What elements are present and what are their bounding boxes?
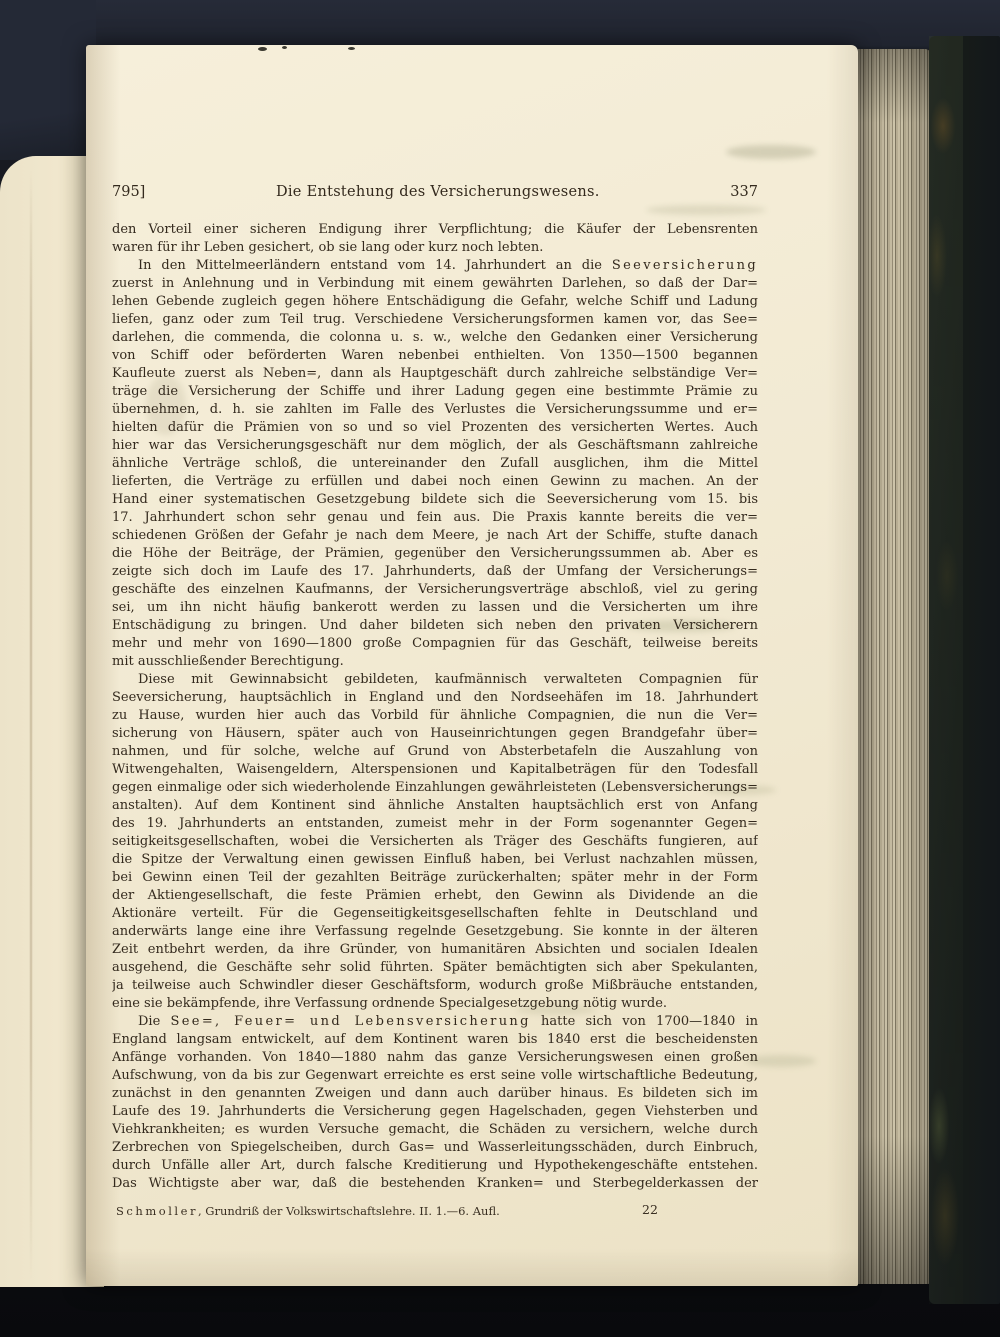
text-block: den Vorteil einer sicheren Endigung ihre… <box>112 221 758 1193</box>
text-line: träge die Versicherung der Schiffe und i… <box>112 383 758 401</box>
text-line: die Höhe der Beiträge, der Prämien, gege… <box>112 545 758 563</box>
paragraph: Die See=, Feuer= und Lebensversicherung … <box>112 1013 758 1193</box>
footer-author: Schmoller <box>116 1204 198 1218</box>
text-line: hier war das Versicherungsgeschäft nur d… <box>112 437 758 455</box>
bleedthrough-mark <box>726 145 816 159</box>
text-line: der Aktiengesellschaft, die feste Prämie… <box>112 887 758 905</box>
text-line: darlehen, die commenda, die colonna u. s… <box>112 329 758 347</box>
text-line: Diese mit Gewinnabsicht gebildeten, kauf… <box>112 671 758 689</box>
text-line: ausgehend, die Geschäfte sehr solid führ… <box>112 959 758 977</box>
text-line: seitigkeitsgesellschaften, wobei die Ver… <box>112 833 758 851</box>
text-line: anderwärts lange eine ihre Verfassung re… <box>112 923 758 941</box>
text-line: ähnliche Verträge schloß, die untereinan… <box>112 455 758 473</box>
text-line: Laufe des 19. Jahrhunderts die Versicher… <box>112 1103 758 1121</box>
text-line: Zeit entbehrt werden, da ihre Gründer, v… <box>112 941 758 959</box>
text-line: eine sie bekämpfende, ihre Verfassung or… <box>112 995 758 1013</box>
page-stack-fore-edge <box>858 49 931 1284</box>
text-line: lieferten, die Verträge zu erfüllen und … <box>112 473 758 491</box>
text-line: Aktionäre verteilt. Für die Gegenseitigk… <box>112 905 758 923</box>
gutter-crease-line <box>30 170 32 1280</box>
text-line: liefen, ganz oder zum Teil trug. Verschi… <box>112 311 758 329</box>
text-line: Viehkrankheiten; es wurden Versuche gema… <box>112 1121 758 1139</box>
book-page: 795] Die Entstehung des Versicherungswes… <box>86 45 858 1286</box>
running-title: Die Entstehung des Versicherungswesens. <box>276 184 600 200</box>
page-edge-speck <box>258 47 267 51</box>
letterspaced-text: Seeversicherung <box>612 258 758 273</box>
text-line: nahmen, und für solche, welche auf Grund… <box>112 743 758 761</box>
book-cover-right-board <box>929 36 1000 1304</box>
text-line: des 19. Jahrhunderts an entstanden, zume… <box>112 815 758 833</box>
text-line: gegen einmalige oder sich wiederholende … <box>112 779 758 797</box>
text-line: Hand einer systematischen Gesetzgebung b… <box>112 491 758 509</box>
paragraph: Diese mit Gewinnabsicht gebildeten, kauf… <box>112 671 758 1013</box>
text-line: zunächst in den genannten Zweigen und da… <box>112 1085 758 1103</box>
footer-work-title: , Grundriß der Volkswirtschaftslehre. II… <box>198 1204 500 1218</box>
text-line: Seeversicherung, hauptsächlich in Englan… <box>112 689 758 707</box>
paragraph: den Vorteil einer sicheren Endigung ihre… <box>112 221 758 257</box>
text-line: sicherung von Häusern, später auch von H… <box>112 725 758 743</box>
text-line: Das Wichtigste aber war, daß die bestehe… <box>112 1175 758 1193</box>
text-line: den Vorteil einer sicheren Endigung ihre… <box>112 221 758 239</box>
page-header: 795] Die Entstehung des Versicherungswes… <box>112 184 758 204</box>
text-line: 17. Jahrhundert schon sehr genau und fei… <box>112 509 758 527</box>
text-line: Die See=, Feuer= und Lebensversicherung … <box>112 1013 758 1031</box>
book-cover-top-edge <box>0 0 1000 45</box>
text-line: waren für ihr Leben gesichert, ob sie la… <box>112 239 758 257</box>
footer-sheet-number: 22 <box>642 1202 658 1217</box>
text-line: übernehmen, d. h. sie zahlten im Falle d… <box>112 401 758 419</box>
printed-text-area: 795] Die Entstehung des Versicherungswes… <box>112 184 758 204</box>
page-edge-speck <box>282 46 287 49</box>
text-line: anstalten). Auf dem Kontinent sind ähnli… <box>112 797 758 815</box>
text-line: sei, um ihn nicht häufig bankerott werde… <box>112 599 758 617</box>
book-cover-top-left <box>0 0 96 160</box>
text-line: England langsam entwickelt, auf dem Kont… <box>112 1031 758 1049</box>
text-line: hielten dafür die Prämien von so und so … <box>112 419 758 437</box>
book-photograph: 795] Die Entstehung des Versicherungswes… <box>0 0 1000 1337</box>
header-folio-right: 337 <box>730 184 758 200</box>
text-line: mehr und mehr von 1690—1800 große Compag… <box>112 635 758 653</box>
text-line: schiedenen Größen der Gefahr je nach dem… <box>112 527 758 545</box>
text-line: Zerbrechen von Spiegelscheiben, durch Ga… <box>112 1139 758 1157</box>
text-line: die Spitze der Verwaltung einen gewissen… <box>112 851 758 869</box>
text-line: von Schiff oder beförderten Waren nebenb… <box>112 347 758 365</box>
text-line: In den Mittelmeerländern entstand vom 14… <box>112 257 758 275</box>
text-line: zeigte sich doch im Laufe des 17. Jahrhu… <box>112 563 758 581</box>
header-folio-left: 795] <box>112 184 145 200</box>
page-edge-speck <box>348 47 355 50</box>
footer-signature: Schmoller, Grundriß der Volkswirtschafts… <box>116 1204 500 1218</box>
text-line: Anfänge vorhanden. Von 1840—1880 nahm da… <box>112 1049 758 1067</box>
text-line: durch Unfälle aller Art, durch falsche K… <box>112 1157 758 1175</box>
letterspaced-text: See=, Feuer= und Lebensversicherung <box>171 1014 531 1029</box>
text-line: Aufschwung, von da bis zur Gegenwart err… <box>112 1067 758 1085</box>
paragraph: In den Mittelmeerländern entstand vom 14… <box>112 257 758 671</box>
text-line: Entschädigung zu bringen. Und daher bild… <box>112 617 758 635</box>
text-line: zuerst in Anlehnung und in Verbindung mi… <box>112 275 758 293</box>
text-line: ja teilweise auch Schwindler dieser Gesc… <box>112 977 758 995</box>
bleedthrough-mark <box>646 205 766 215</box>
text-line: zu Hause, wurden hier auch das Vorbild f… <box>112 707 758 725</box>
text-line: geschäfte des einzelnen Kaufmanns, der V… <box>112 581 758 599</box>
text-line: bei Gewinn einen Teil der gezahlten Beit… <box>112 869 758 887</box>
text-line: Kaufleute zuerst als Neben=, dann als Ha… <box>112 365 758 383</box>
text-line: Witwengehalten, Waisengeldern, Alterspen… <box>112 761 758 779</box>
text-line: mit ausschließender Berechtigung. <box>112 653 758 671</box>
text-line: lehen Gebende zugleich gegen höhere Ents… <box>112 293 758 311</box>
